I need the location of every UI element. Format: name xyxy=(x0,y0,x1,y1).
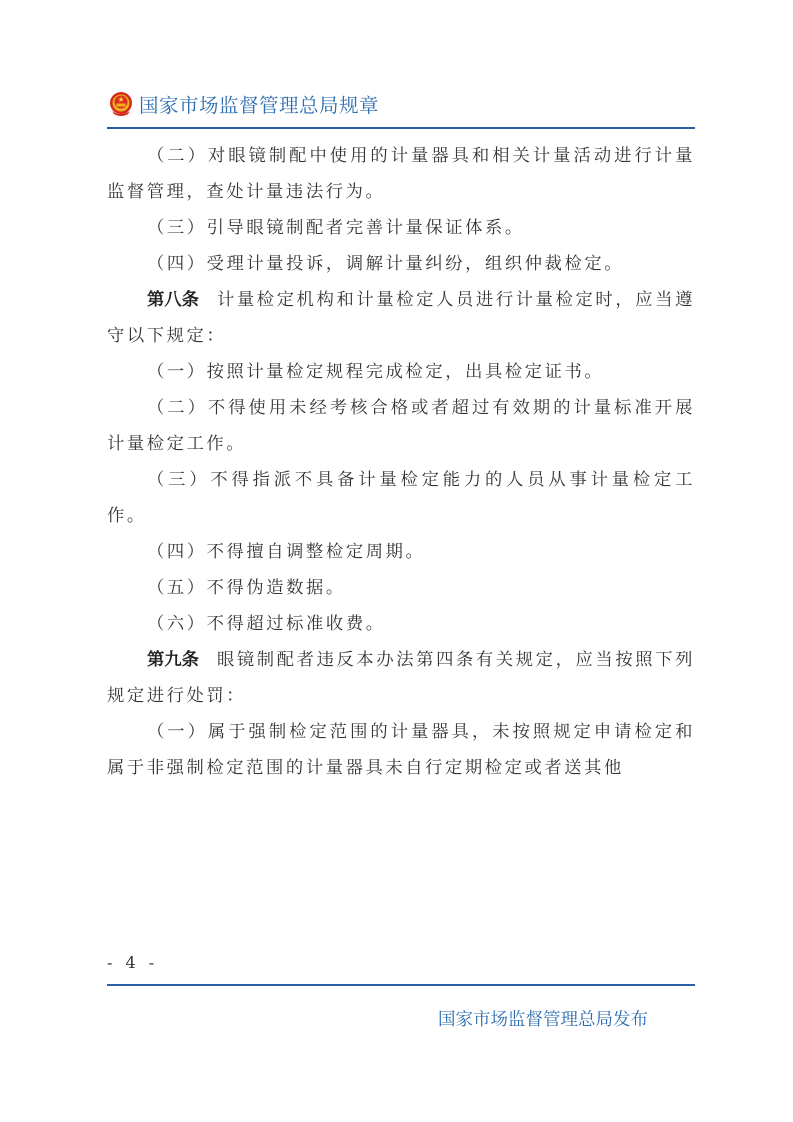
header-title: 国家市场监督管理总局规章 xyxy=(139,90,379,118)
article-paragraph: 第九条眼镜制配者违反本办法第四条有关规定，应当按照下列规定进行处罚： xyxy=(107,642,695,714)
paragraph: （六）不得超过标准收费。 xyxy=(107,606,695,642)
paragraph-text: （一）属于强制检定范围的计量器具，未按照规定申请检定和属于非强制检定范围的计量器… xyxy=(107,722,695,778)
paragraph-text: （五）不得伪造数据。 xyxy=(147,578,346,598)
article-heading: 第九条 xyxy=(147,650,199,670)
paragraph: （四）不得擅自调整检定周期。 xyxy=(107,534,695,570)
paragraph: （三）引导眼镜制配者完善计量保证体系。 xyxy=(107,210,695,246)
national-emblem-icon xyxy=(107,90,135,118)
footer-publisher: 国家市场监督管理总局发布 xyxy=(438,1006,648,1031)
paragraph-text: （三）不得指派不具备计量检定能力的人员从事计量检定工作。 xyxy=(107,470,695,526)
paragraph-text: （四）不得擅自调整检定周期。 xyxy=(147,542,425,562)
paragraph-text: （四）受理计量投诉，调解计量纠纷，组织仲裁检定。 xyxy=(147,254,624,274)
footer-divider xyxy=(107,984,695,986)
page-number: - 4 - xyxy=(107,953,158,972)
paragraph-text: （六）不得超过标准收费。 xyxy=(147,614,386,634)
paragraph: （四）受理计量投诉，调解计量纠纷，组织仲裁检定。 xyxy=(107,246,695,282)
paragraph: （二）对眼镜制配中使用的计量器具和相关计量活动进行计量监督管理，查处计量违法行为… xyxy=(107,138,695,210)
paragraph-text: （二）对眼镜制配中使用的计量器具和相关计量活动进行计量监督管理，查处计量违法行为… xyxy=(107,146,695,202)
paragraph: （五）不得伪造数据。 xyxy=(107,570,695,606)
document-body: （二）对眼镜制配中使用的计量器具和相关计量活动进行计量监督管理，查处计量违法行为… xyxy=(107,138,695,786)
document-header: 国家市场监督管理总局规章 xyxy=(107,86,379,122)
header-divider xyxy=(107,127,695,129)
paragraph-text: （一）按照计量检定规程完成检定，出具检定证书。 xyxy=(147,362,604,382)
article-paragraph: 第八条计量检定机构和计量检定人员进行计量检定时，应当遵守以下规定： xyxy=(107,282,695,354)
paragraph: （一）属于强制检定范围的计量器具，未按照规定申请检定和属于非强制检定范围的计量器… xyxy=(107,714,695,786)
paragraph: （三）不得指派不具备计量检定能力的人员从事计量检定工作。 xyxy=(107,462,695,534)
article-heading: 第八条 xyxy=(147,290,199,310)
paragraph: （一）按照计量检定规程完成检定，出具检定证书。 xyxy=(107,354,695,390)
paragraph-text: （三）引导眼镜制配者完善计量保证体系。 xyxy=(147,218,525,238)
paragraph: （二）不得使用未经考核合格或者超过有效期的计量标准开展计量检定工作。 xyxy=(107,390,695,462)
paragraph-text: （二）不得使用未经考核合格或者超过有效期的计量标准开展计量检定工作。 xyxy=(107,398,695,454)
